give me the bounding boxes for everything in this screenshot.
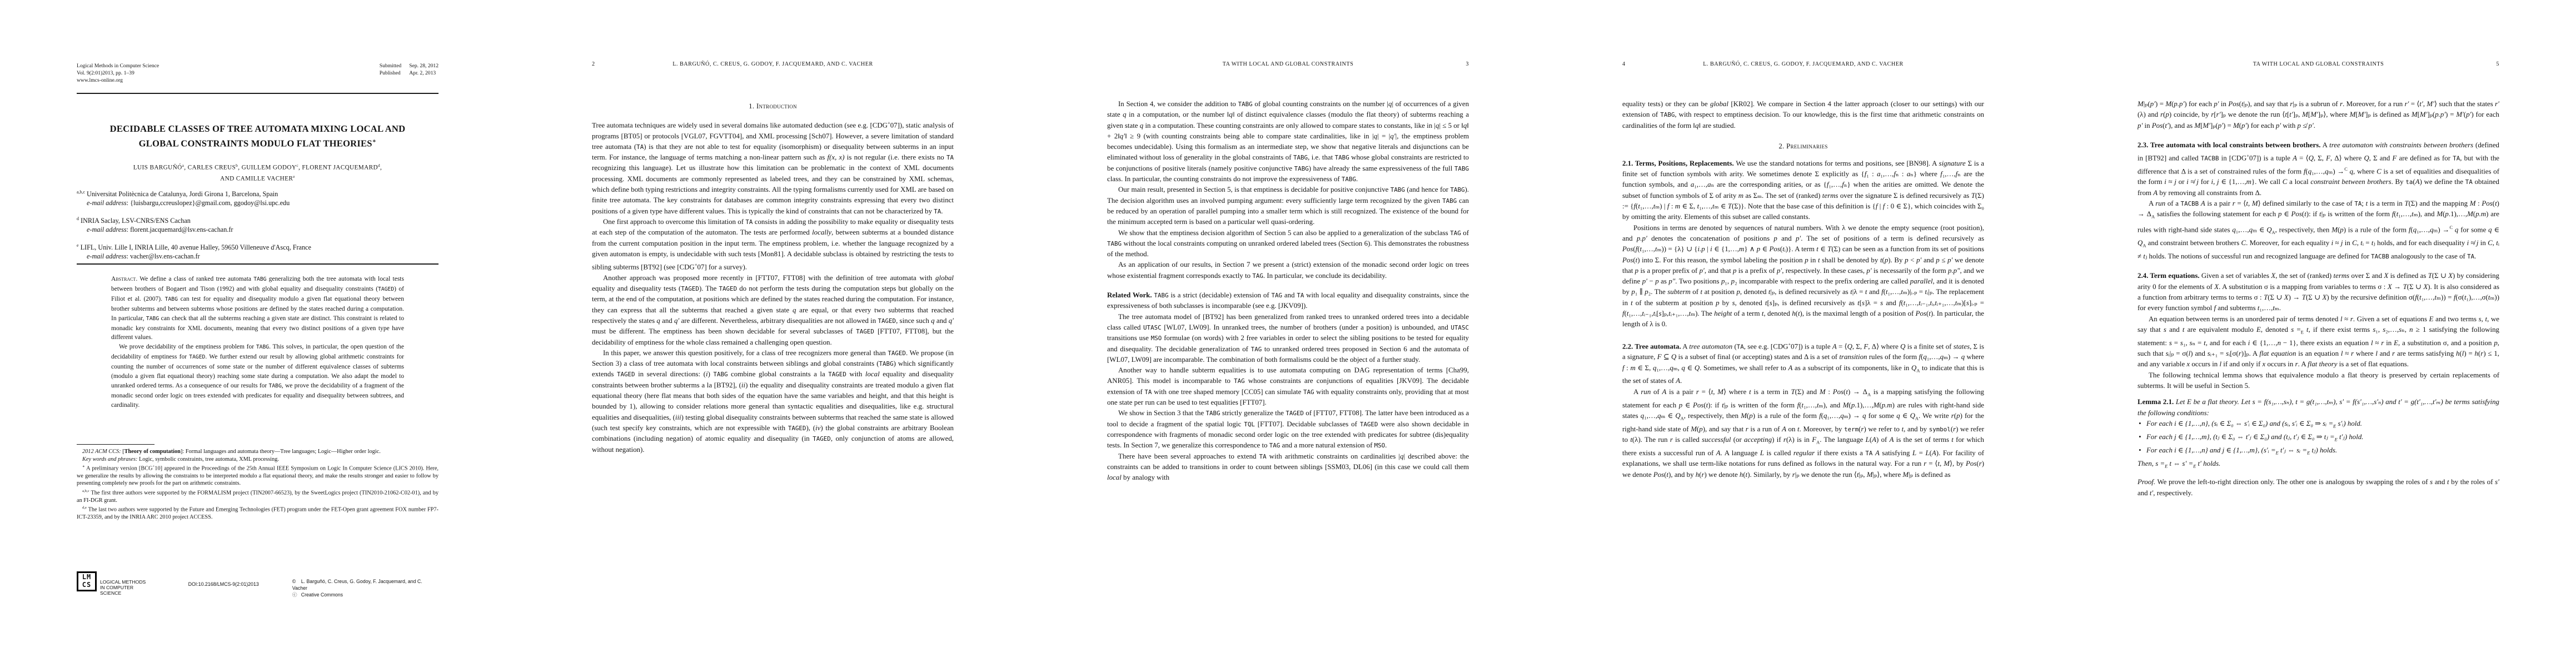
running-header: TA WITH LOCAL AND GLOBAL CONSTRAINTS 5: [2137, 61, 2499, 67]
page-body: equality tests) or they can be global [K…: [1622, 99, 1984, 480]
published-date: Apr. 2, 2013: [401, 69, 439, 77]
published-label: Published: [372, 69, 401, 77]
paragraph: Positions in terms are denoted by sequen…: [1622, 223, 1984, 330]
section-heading-introduction: 1. Introduction: [592, 102, 954, 111]
paragraph: An equation between terms is an unordere…: [2137, 314, 2499, 370]
paragraph: The following technical lemma shows that…: [2137, 370, 2499, 392]
footnotes-block: 2012 ACM CCS: [Theory of computation]: F…: [77, 448, 439, 521]
footnote-preliminary: ∗ A preliminary version [BCG+10] appeare…: [77, 463, 439, 487]
lemma-condition: For each j ∈ {1,…,m}, (tⱼ ∈ Σ₀ ⇔ t′ⱼ ∈ Σ…: [2137, 432, 2499, 445]
footnote-acm-ccs: 2012 ACM CCS: [Theory of computation]: F…: [77, 448, 439, 456]
doi-text[interactable]: DOI:10.2168/LMCS-9(2:01)2013: [188, 571, 259, 587]
paragraph: In Section 4, we consider the addition t…: [1107, 99, 1469, 185]
paragraph: We show that the emptiness decision algo…: [1107, 228, 1469, 260]
lmcs-logo-bottom: CS: [78, 581, 95, 589]
proof-paragraph: Proof. We prove the left-to-right direct…: [2137, 477, 2499, 499]
copyright-block: ©L. Barguñó, C. Creus, G. Godoy, F. Jacq…: [292, 571, 439, 598]
header-rule: [77, 93, 439, 94]
paragraph: A run of A is a pair r = ⟨t, M⟩ where t …: [1622, 387, 1984, 480]
page-1: Logical Methods in Computer Science Vol.…: [0, 0, 515, 667]
footnote-rule: [77, 444, 155, 445]
paragraph: A run of a TACBB A is a pair r = ⟨t, M⟩ …: [2137, 198, 2499, 262]
footnote-support-2: d,e The last two authors were supported …: [77, 504, 439, 521]
journal-dates: SubmittedSep. 28, 2012 PublishedApr. 2, …: [372, 62, 439, 84]
footnote-keywords: Key words and phrases: Logic, symbolic c…: [77, 456, 439, 464]
copyright-line: ©L. Barguñó, C. Creus, G. Godoy, F. Jacq…: [292, 578, 439, 591]
page-number: 2: [592, 61, 614, 67]
paragraph: As an application of our results, in Sec…: [1107, 260, 1469, 281]
page-body: M|ₚ(p′) = M(p.p′) for each p′ in Pos(t|ₚ…: [2137, 99, 2499, 499]
page-number: 4: [1622, 61, 1645, 67]
lemma-condition: For each i ∈ {1,…,n}, (sᵢ ∈ Σ₀ ⇔ s′ᵢ ∈ Σ…: [2137, 419, 2499, 432]
paragraph: In this paper, we answer this question p…: [592, 348, 954, 455]
page-2: 2 L. BARGUÑÓ, C. CREUS, G. GODOY, F. JAC…: [515, 0, 1030, 667]
lemma-conclusion: Then, s =E t ⇔ s′ =E t′ holds.: [2137, 459, 2499, 472]
journal-name: Logical Methods in Computer Science: [77, 62, 159, 69]
paragraph-terms-positions: 2.1. Terms, Positions, Replacements. We …: [1622, 158, 1984, 223]
paragraph: There have been several approaches to ex…: [1107, 451, 1469, 484]
journal-id: Logical Methods in Computer Science Vol.…: [77, 62, 159, 84]
running-title: TA WITH LOCAL AND GLOBAL CONSTRAINTS: [2160, 61, 2477, 67]
paragraph-term-equations: 2.4. Term equations. Given a set of vari…: [2137, 271, 2499, 313]
paper-spread: Logical Methods in Computer Science Vol.…: [0, 0, 2576, 667]
creative-commons-icon: ⓒ: [292, 591, 301, 598]
running-header: 2 L. BARGUÑÓ, C. CREUS, G. GODOY, F. JAC…: [592, 61, 954, 67]
running-header: 4 L. BARGUÑÓ, C. CREUS, G. GODOY, F. JAC…: [1622, 61, 1984, 67]
page-5: TA WITH LOCAL AND GLOBAL CONSTRAINTS 5 M…: [2061, 0, 2576, 667]
page-3: TA WITH LOCAL AND GLOBAL CONSTRAINTS 3 I…: [1030, 0, 1546, 667]
header-spacer: [1107, 61, 1129, 67]
abstract-paragraph: We prove decidability of the emptiness p…: [111, 342, 404, 410]
lmcs-brand: LOGICAL METHODS IN COMPUTER SCIENCE: [100, 571, 156, 596]
paper-title: DECIDABLE CLASSES OF TREE AUTOMATA MIXIN…: [61, 122, 454, 150]
affiliations-block: a,b,c Universitat Politècnica de Catalun…: [77, 188, 439, 268]
abstract-block: Abstract. We define a class of ranked tr…: [111, 275, 404, 410]
page-4: 4 L. BARGUÑÓ, C. CREUS, G. GODOY, F. JAC…: [1546, 0, 2061, 667]
lemma-conditions: For each i ∈ {1,…,n}, (sᵢ ∈ Σ₀ ⇔ s′ᵢ ∈ Σ…: [2137, 419, 2499, 459]
running-title: TA WITH LOCAL AND GLOBAL CONSTRAINTS: [1129, 61, 1447, 67]
paragraph: Another way to handle subterm equalities…: [1107, 365, 1469, 408]
lmcs-logo-icon: LM CS: [77, 571, 97, 591]
affiliation: e LIFL, Univ. Lille I, INRIA Lille, 40 a…: [77, 241, 439, 261]
running-title: L. BARGUÑÓ, C. CREUS, G. GODOY, F. JACQU…: [614, 61, 931, 67]
page-body: 1. Introduction Tree automata techniques…: [592, 99, 954, 455]
paragraph: M|ₚ(p′) = M(p.p′) for each p′ in Pos(t|ₚ…: [2137, 99, 2499, 131]
affiliation: a,b,c Universitat Politècnica de Catalun…: [77, 188, 439, 207]
page-number: 5: [2477, 61, 2499, 67]
lemma-2-1: Lemma 2.1. Let E be a flat theory. Let s…: [2137, 397, 2499, 471]
running-title: L. BARGUÑÓ, C. CREUS, G. GODOY, F. JACQU…: [1645, 61, 1962, 67]
lemma-condition: For each i ∈ {1,…,n} and j ∈ {1,…,m}, (s…: [2137, 445, 2499, 459]
paragraph: We show in Section 3 that the TABG stric…: [1107, 408, 1469, 451]
lmcs-brand-line1: LOGICAL METHODS: [100, 579, 156, 585]
abstract-paragraph: Abstract. We define a class of ranked tr…: [111, 275, 404, 342]
paragraph: Our main result, presented in Section 5,…: [1107, 185, 1469, 227]
copyright-icon: ©: [292, 578, 301, 585]
lmcs-logo-top: LM: [78, 573, 95, 581]
copyright-text: L. Barguñó, C. Creus, G. Godoy, F. Jacqu…: [292, 579, 422, 591]
lemma-statement: Lemma 2.1. Let E be a flat theory. Let s…: [2137, 397, 2499, 419]
journal-url[interactable]: www.lmcs-online.org: [77, 77, 159, 84]
page-number: 3: [1447, 61, 1469, 67]
paragraph: equality tests) or they can be global [K…: [1622, 99, 1984, 131]
paragraph: One first approach to overcome this limi…: [592, 217, 954, 273]
page-body: In Section 4, we consider the addition t…: [1107, 99, 1469, 483]
section-heading-preliminaries: 2. Preliminaries: [1622, 142, 1984, 151]
license-text[interactable]: Creative Commons: [301, 592, 343, 598]
license-line: ⓒCreative Commons: [292, 591, 439, 598]
running-header: TA WITH LOCAL AND GLOBAL CONSTRAINTS 3: [1107, 61, 1469, 67]
header-spacer: [931, 61, 954, 67]
authors-line: LUIS BARGUÑÓa, CARLES CREUSb, GUILLEM GO…: [61, 161, 454, 183]
submitted-date: Sep. 28, 2012: [401, 62, 439, 69]
footnote-support-1: a,b,c The first three authors were suppo…: [77, 487, 439, 504]
journal-info-block: Logical Methods in Computer Science Vol.…: [77, 62, 439, 84]
paragraph: Another approach was proposed more recen…: [592, 273, 954, 348]
related-work-paragraph: Related Work. TABG is a strict (decidabl…: [1107, 290, 1469, 312]
submitted-label: Submitted: [372, 62, 401, 69]
affiliation: d INRIA Saclay, LSV-CNRS/ENS Cachane-mai…: [77, 215, 439, 234]
abstract-rule: [77, 263, 439, 265]
paragraph: Tree automata techniques are widely used…: [592, 118, 954, 217]
header-spacer: [2137, 61, 2160, 67]
paragraph-tacbb: 2.3. Tree automata with local constraint…: [2137, 140, 2499, 198]
page-footer: LM CS LOGICAL METHODS IN COMPUTER SCIENC…: [77, 571, 439, 598]
paragraph-tree-automata: 2.2. Tree automata. A tree automaton (TA…: [1622, 339, 1984, 387]
journal-volume: Vol. 9(2:01)2013, pp. 1–39: [77, 69, 159, 77]
paragraph: The tree automata model of [BT92] has be…: [1107, 312, 1469, 365]
header-spacer: [1962, 61, 1984, 67]
lmcs-brand-line2: IN COMPUTER SCIENCE: [100, 585, 156, 596]
